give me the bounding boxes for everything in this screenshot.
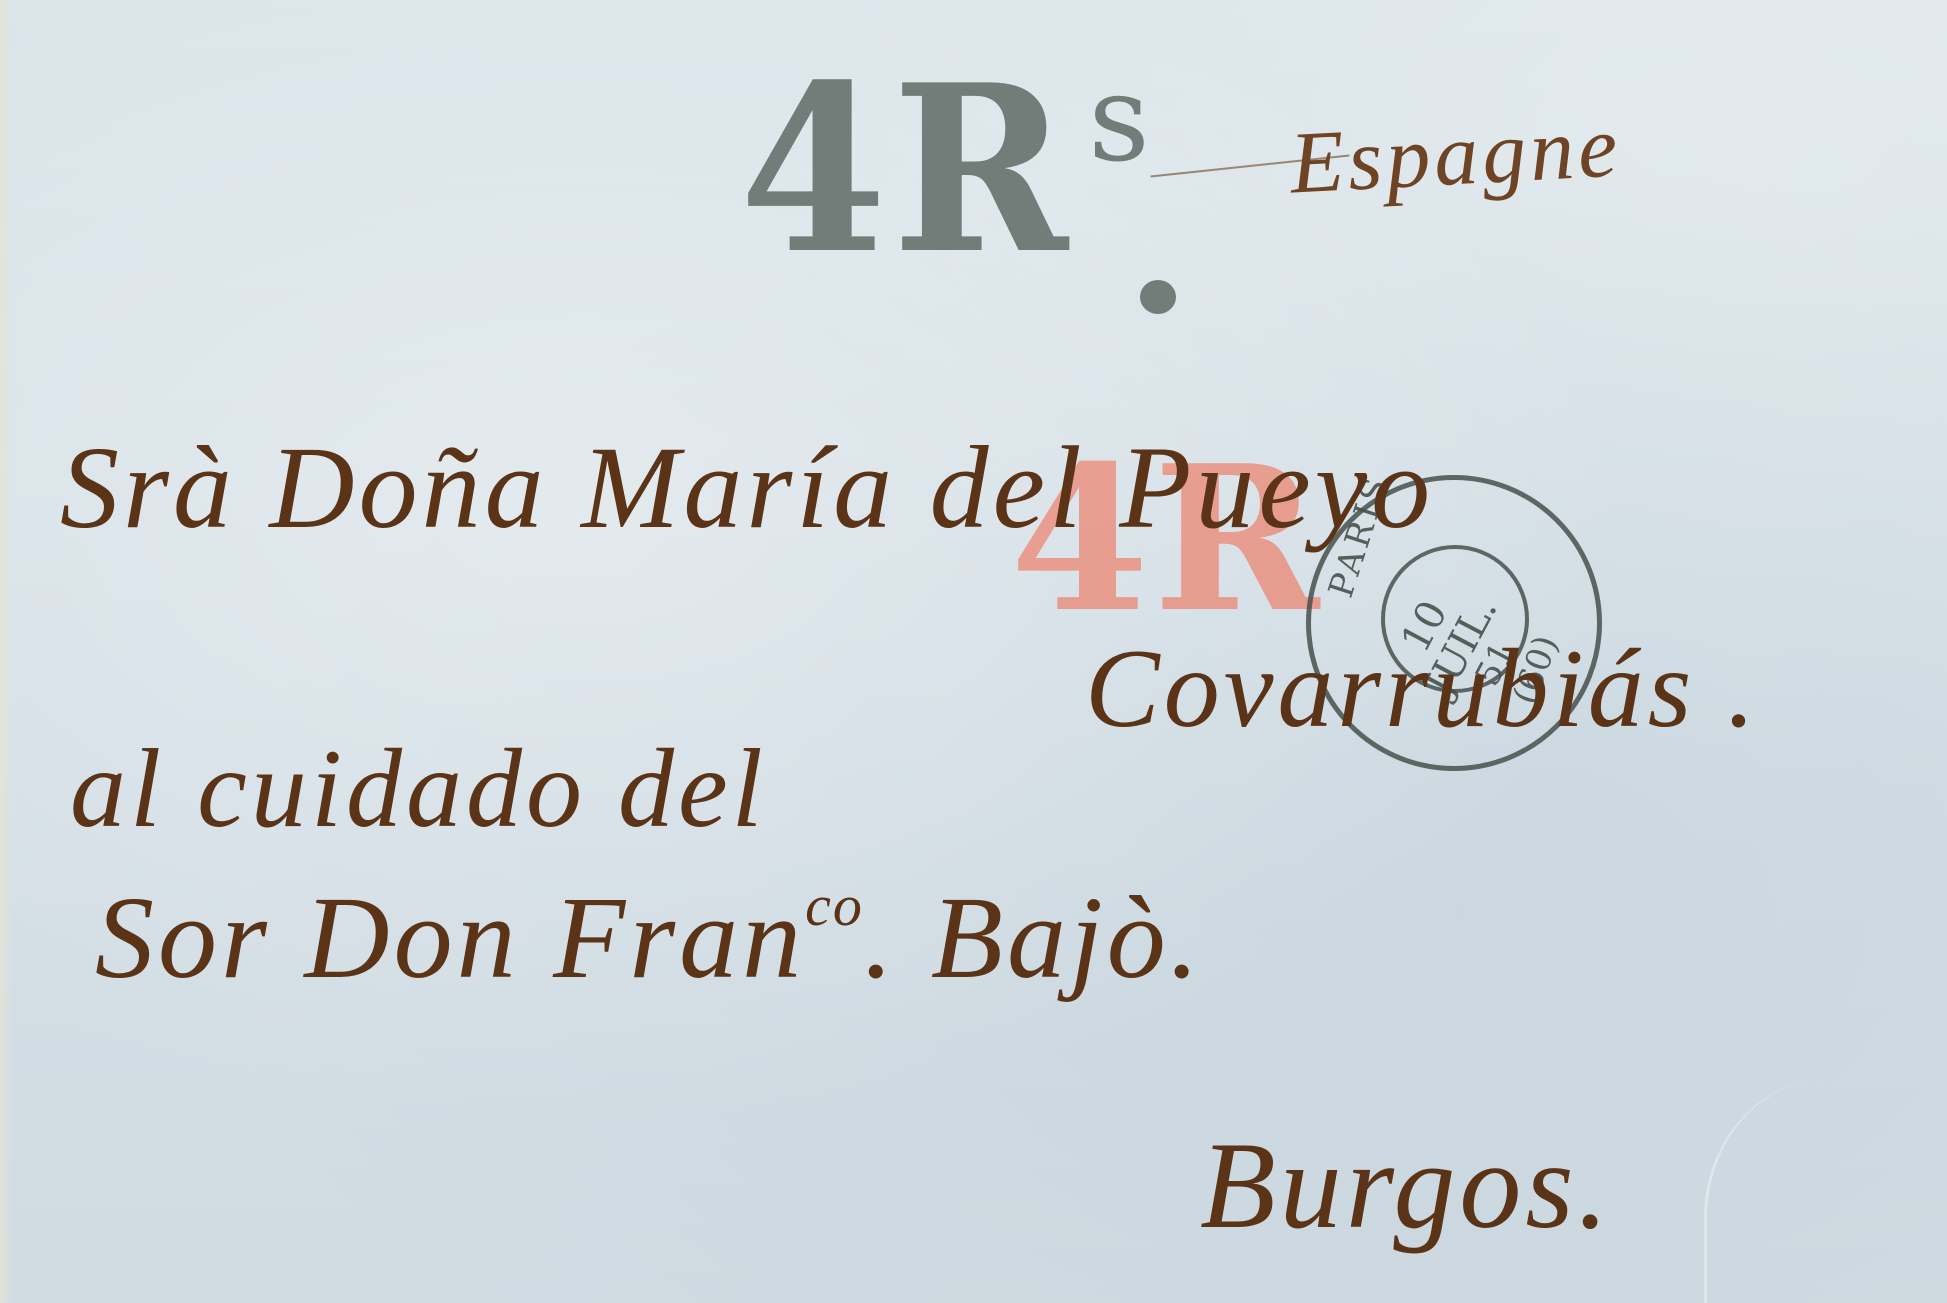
address-line-4-rest: . Bajò. bbox=[864, 872, 1203, 1003]
rate-handstamp-black-superscript: s bbox=[1088, 50, 1156, 189]
address-line-4-superscript: co bbox=[805, 873, 864, 938]
address-line-3: al cuidado del bbox=[70, 725, 767, 854]
address-line-5: Burgos. bbox=[1200, 1115, 1613, 1257]
paper-crease bbox=[1704, 1080, 1907, 1303]
rate-handstamp-black: 4Rs bbox=[725, 55, 1156, 285]
address-line-1: Srà Doña María del Pueyo bbox=[60, 420, 1434, 556]
rate-handstamp-dot bbox=[1140, 280, 1176, 314]
rate-handstamp-black-text: 4R bbox=[740, 55, 1074, 285]
address-line-2: Covarrubiás . bbox=[1085, 625, 1759, 754]
paper-edge bbox=[0, 0, 14, 1303]
address-line-4: Sor Don Franco. Bajò. bbox=[95, 870, 1203, 1006]
destination-note: Espagne bbox=[1288, 96, 1624, 214]
address-line-4-main: Sor Don Fran bbox=[95, 872, 805, 1003]
postal-cover: 4Rs Espagne 4R PARIS 10 JUIL. 51 (60) Sr… bbox=[0, 0, 1947, 1303]
